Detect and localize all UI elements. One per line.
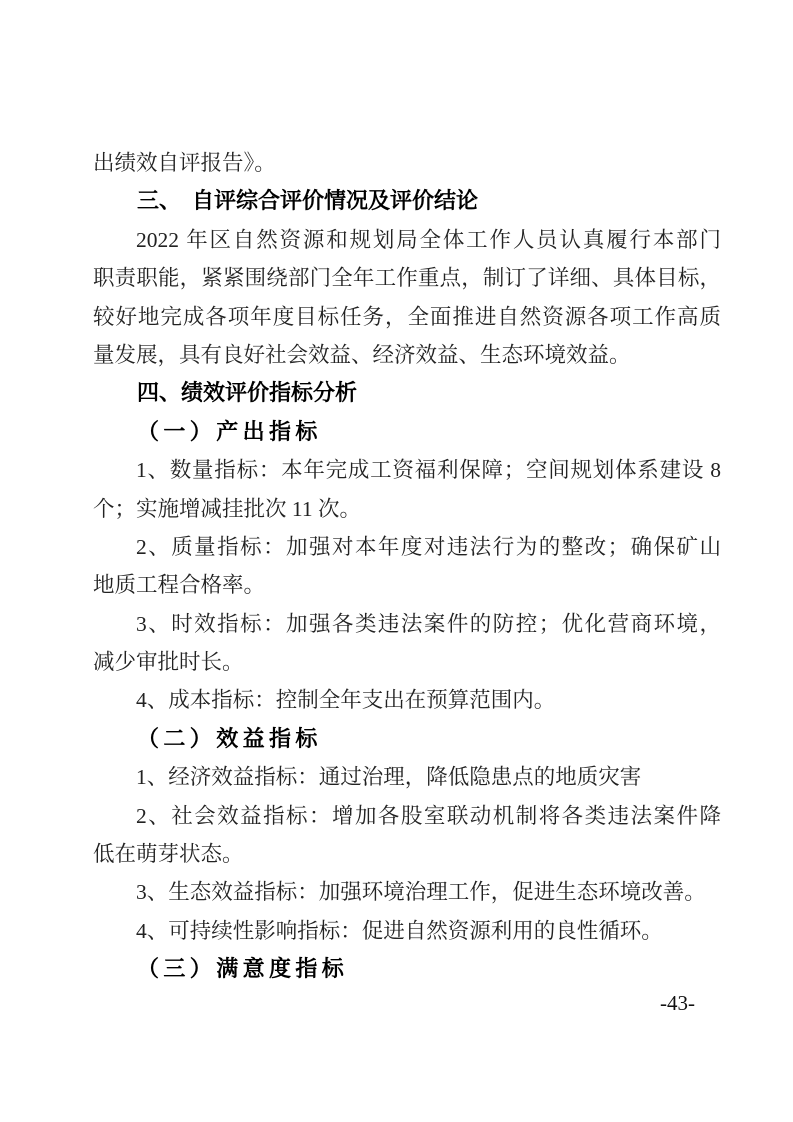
heading-sub-satisfaction: （三）满意度指标 [93,950,721,988]
paragraph-cost-indicator: 4、成本指标：控制全年支出在预算范围内。 [93,681,721,719]
paragraph-quality-indicator: 2、质量指标：加强对本年度对违法行为的整改；确保矿山地质工程合格率。 [93,528,721,605]
document-page: 出绩效自评报告》。三、 自评综合评价情况及评价结论2022 年区自然资源和规划局… [0,0,793,1122]
text-line: （三）满意度指标 [93,950,721,988]
text-line: 3、时效指标：加强各类违法案件的防控；优化营商环境， [93,605,721,643]
heading-sub-output: （一）产出指标 [93,413,721,451]
text-line: 个；实施增减挂批次 11 次。 [93,490,721,528]
paragraph-continuation: 出绩效自评报告》。 [93,144,721,182]
heading-section-4: 四、绩效评价指标分析 [93,374,721,412]
heading-sub-benefit: （二）效益指标 [93,720,721,758]
paragraph-ecological-benefit: 3、生态效益指标：加强环境治理工作，促进生态环境改善。 [93,873,721,911]
text-line: 较好地完成各项年度目标任务，全面推进自然资源各项工作高质 [93,298,721,336]
text-line: （二）效益指标 [93,720,721,758]
paragraph-sustainability: 4、可持续性影响指标：促进自然资源利用的良性循环。 [93,912,721,950]
text-line: 3、生态效益指标：加强环境治理工作，促进生态环境改善。 [93,873,721,911]
heading-section-3: 三、 自评综合评价情况及评价结论 [93,182,721,220]
text-line: 2、社会效益指标：增加各股室联动机制将各类违法案件降 [93,797,721,835]
text-line: 减少审批时长。 [93,643,721,681]
text-line: 三、 自评综合评价情况及评价结论 [93,182,721,220]
paragraph-quantity-indicator: 1、数量指标：本年完成工资福利保障；空间规划体系建设 8个；实施增减挂批次 11… [93,451,721,528]
text-line: 四、绩效评价指标分析 [93,374,721,412]
text-line: 2022 年区自然资源和规划局全体工作人员认真履行本部门 [93,221,721,259]
document-body: 出绩效自评报告》。三、 自评综合评价情况及评价结论2022 年区自然资源和规划局… [93,144,721,989]
paragraph-timeliness-indicator: 3、时效指标：加强各类违法案件的防控；优化营商环境，减少审批时长。 [93,605,721,682]
paragraph-economic-benefit: 1、经济效益指标：通过治理，降低隐患点的地质灾害 [93,758,721,796]
text-line: 1、数量指标：本年完成工资福利保障；空间规划体系建设 8 [93,451,721,489]
text-line: 低在萌芽状态。 [93,835,721,873]
paragraph-social-benefit: 2、社会效益指标：增加各股室联动机制将各类违法案件降低在萌芽状态。 [93,797,721,874]
text-line: 量发展，具有良好社会效益、经济效益、生态环境效益。 [93,336,721,374]
text-line: 地质工程合格率。 [93,566,721,604]
text-line: 职责职能，紧紧围绕部门全年工作重点，制订了详细、具体目标， [93,259,721,297]
text-line: 4、成本指标：控制全年支出在预算范围内。 [93,681,721,719]
text-line: 4、可持续性影响指标：促进自然资源利用的良性循环。 [93,912,721,950]
text-line: 1、经济效益指标：通过治理，降低隐患点的地质灾害 [93,758,721,796]
text-line: 出绩效自评报告》。 [93,144,721,182]
paragraph-overview: 2022 年区自然资源和规划局全体工作人员认真履行本部门职责职能，紧紧围绕部门全… [93,221,721,375]
page-number: -43- [660,992,695,1014]
text-line: 2、质量指标：加强对本年度对违法行为的整改；确保矿山 [93,528,721,566]
text-line: （一）产出指标 [93,413,721,451]
